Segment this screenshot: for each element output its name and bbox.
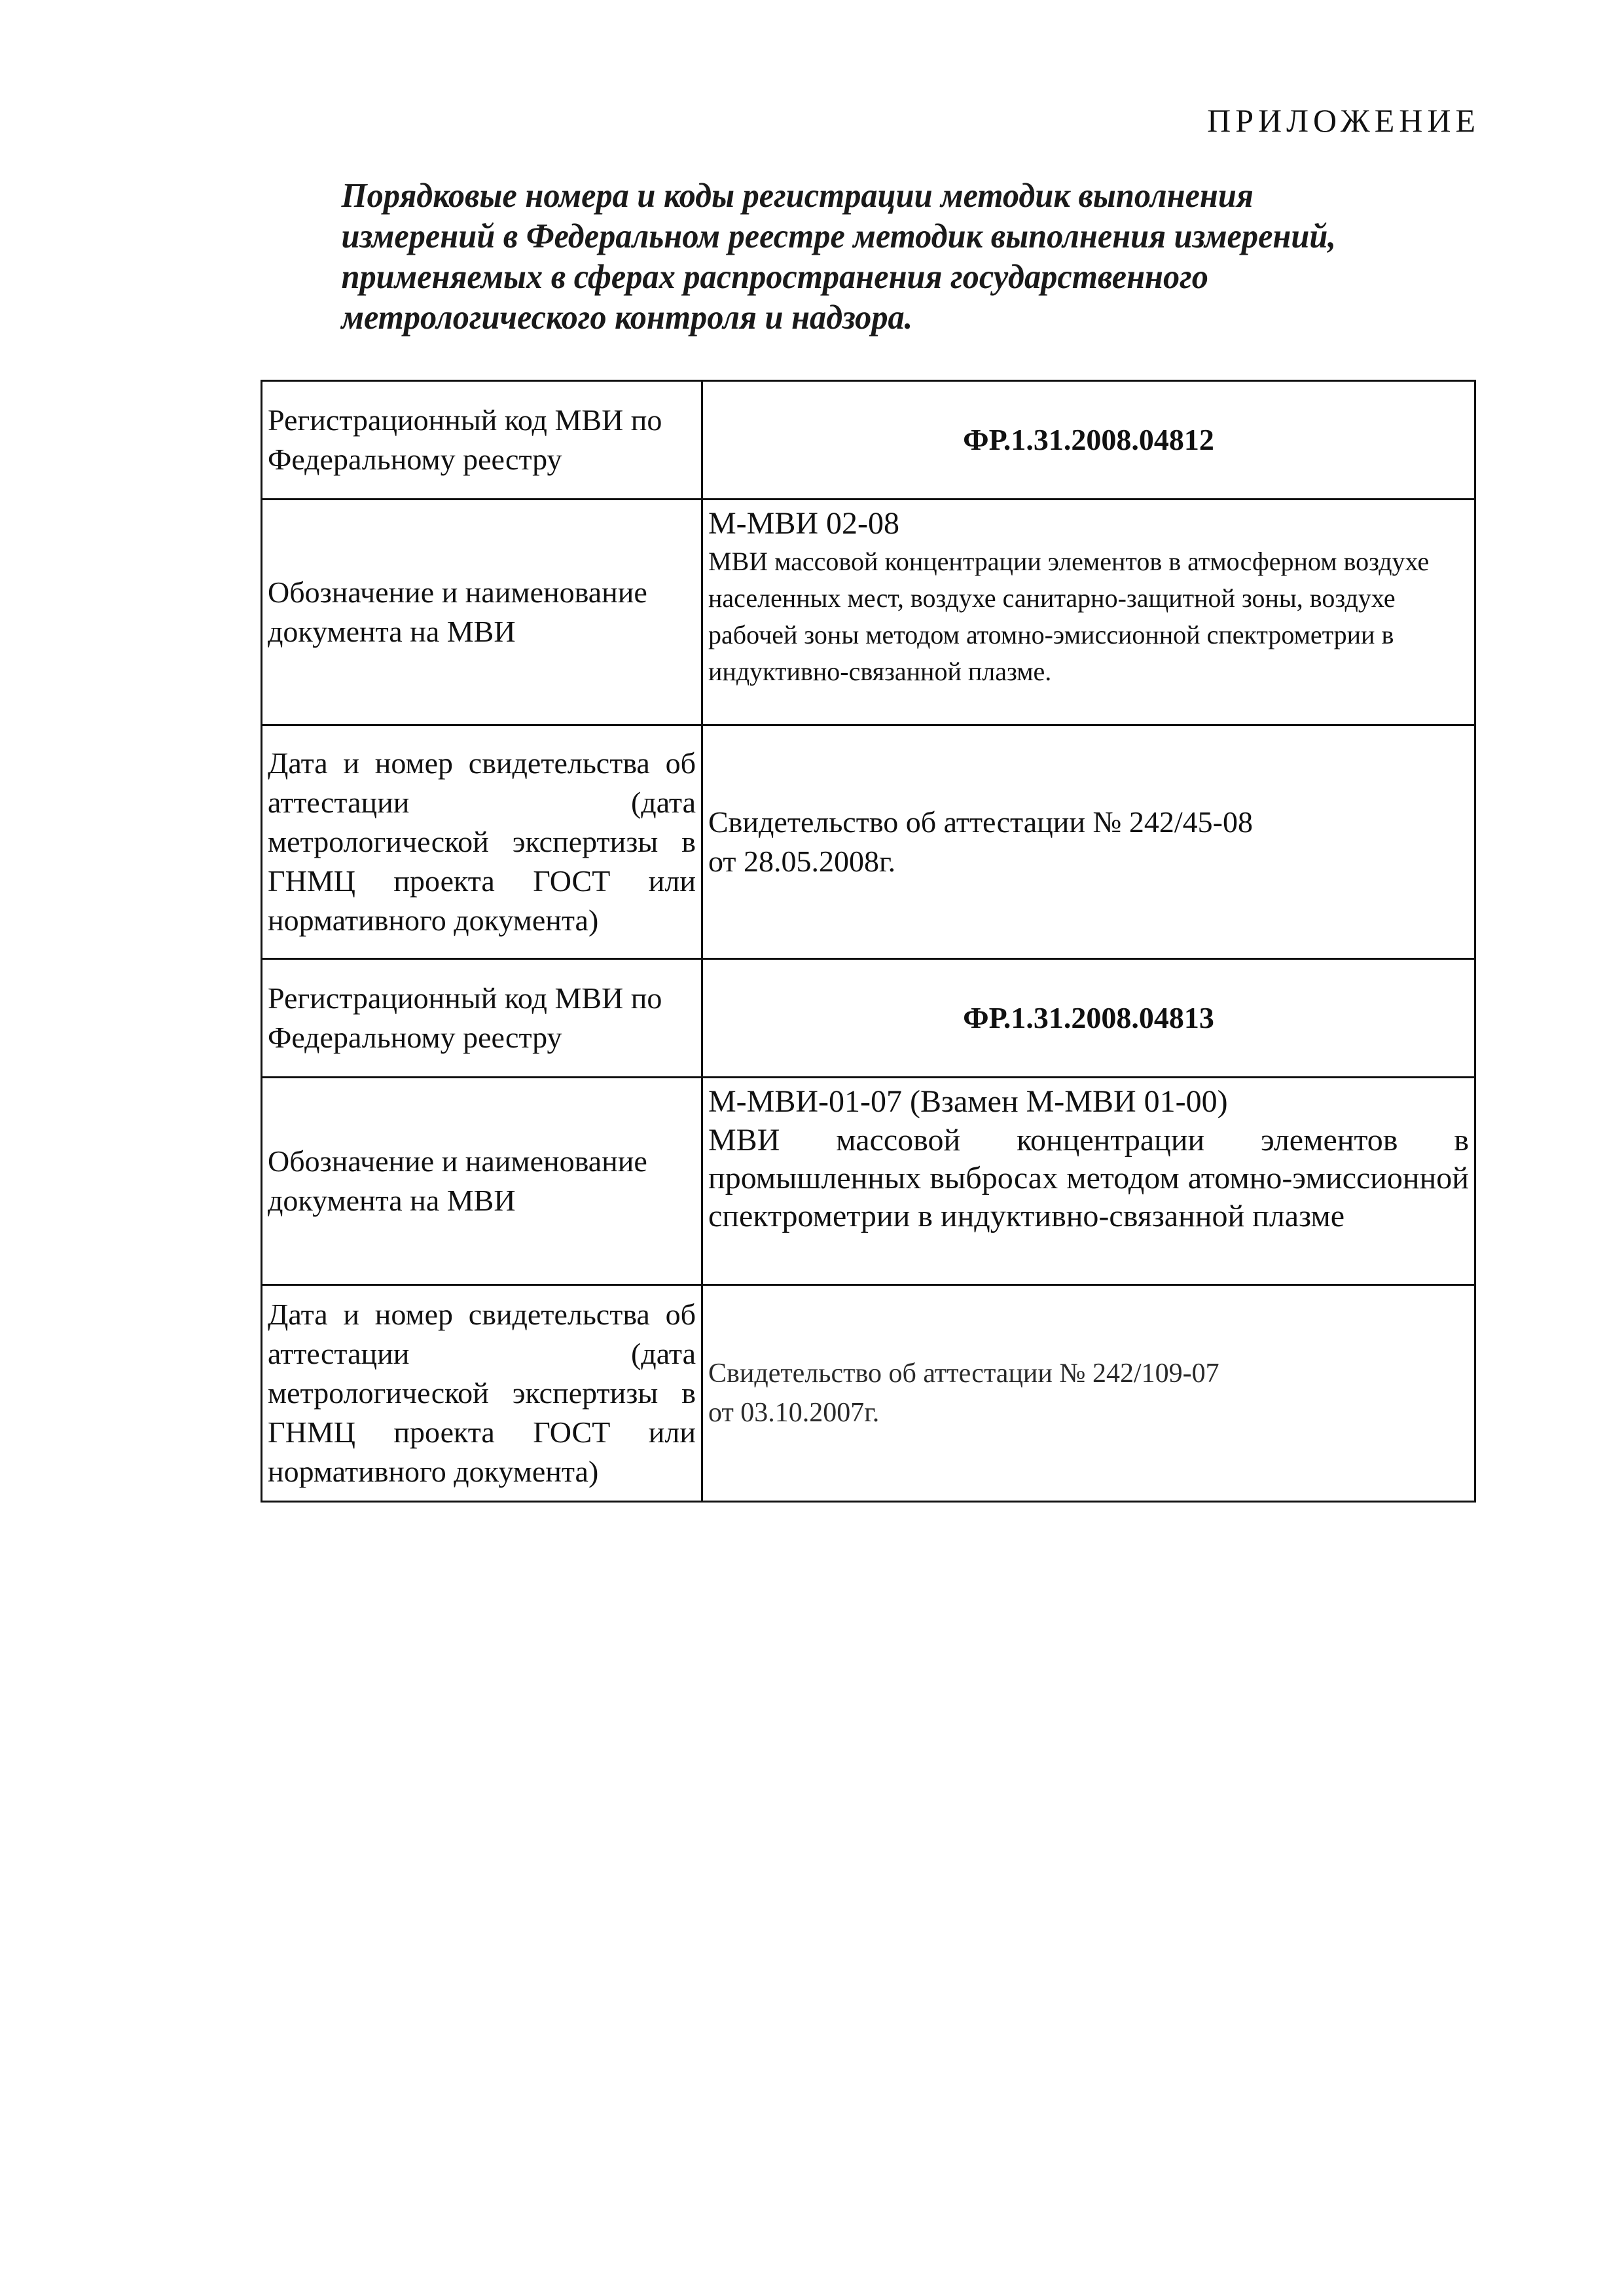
table-row-reg-code: Регистрационный код МВИ по Федеральному … [262,381,1475,500]
cert-value-cell: Свидетельство об аттестации № 242/109-07… [702,1285,1475,1502]
doc-title: МВИ массовой концентрации элементов в пр… [708,1121,1469,1235]
intro-heading: Порядковые номера и коды регистрации мет… [261,175,1418,338]
doc-value-cell: М-МВИ 02-08 МВИ массовой концентрации эл… [702,500,1475,725]
reg-code-value: ФР.1.31.2008.04813 [702,959,1475,1078]
doc-title: МВИ массовой концентрации элементов в ат… [708,543,1469,690]
intro-line: Порядковые номера и коды регистрации мет… [261,175,1418,216]
doc-value-cell: М-МВИ-01-07 (Взамен М-МВИ 01-00) МВИ мас… [702,1078,1475,1285]
doc-code: М-МВИ-01-07 (Взамен М-МВИ 01-00) [708,1082,1469,1121]
cert-value-cell: Свидетельство об аттестации № 242/45-08 … [702,725,1475,959]
intro-line: применяемых в сферах распространения гос… [261,257,1418,297]
cert-label: Дата и номер свидетельства об аттестации… [262,1285,702,1502]
reg-code-value: ФР.1.31.2008.04812 [702,381,1475,500]
doc-label-cell: Обозначение и наименование документа на … [262,500,702,725]
cert-number: Свидетельство об аттестации № 242/45-08 [708,803,1469,842]
reg-code-label-cell: Регистрационный код МВИ по Федеральному … [262,381,702,500]
reg-code-label: Регистрационный код МВИ по Федеральному … [268,401,696,479]
table-row-doc: Обозначение и наименование документа на … [262,500,1475,725]
cert-label: Дата и номер свидетельства об аттестации… [262,725,702,959]
table-row-doc: Обозначение и наименование документа на … [262,1078,1475,1285]
table-row-reg-code: Регистрационный код МВИ по Федеральному … [262,959,1475,1078]
appendix-label: ПРИЛОЖЕНИЕ [1207,101,1480,139]
table-row-cert: Дата и номер свидетельства об аттестации… [262,725,1475,959]
reg-code-label: Регистрационный код МВИ по Федеральному … [268,979,696,1057]
table-row-cert: Дата и номер свидетельства об аттестации… [262,1285,1475,1502]
cert-date: от 03.10.2007г. [708,1393,1469,1432]
doc-code: М-МВИ 02-08 [708,504,1469,543]
doc-label: Обозначение и наименование документа на … [268,573,696,651]
cert-number: Свидетельство об аттестации № 242/109-07 [708,1354,1469,1393]
doc-label: Обозначение и наименование документа на … [268,1142,696,1220]
intro-line: метрологического контроля и надзора. [261,297,1418,338]
registry-table: Регистрационный код МВИ по Федеральному … [261,380,1476,1503]
doc-label-cell: Обозначение и наименование документа на … [262,1078,702,1285]
cert-date: от 28.05.2008г. [708,842,1469,881]
reg-code-label-cell: Регистрационный код МВИ по Федеральному … [262,959,702,1078]
intro-line: измерений в Федеральном реестре методик … [261,216,1418,257]
